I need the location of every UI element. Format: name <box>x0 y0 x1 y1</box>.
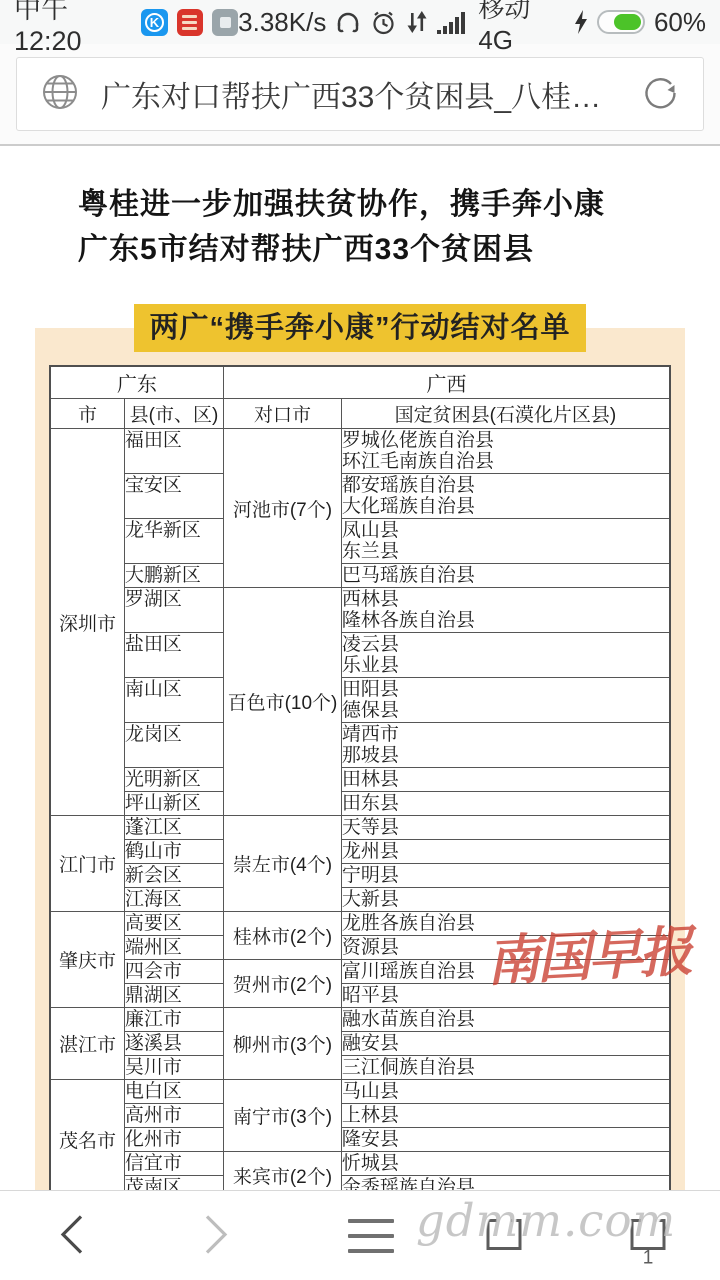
data-arrows-icon <box>406 9 428 35</box>
article-headline: 粤桂进一步加强扶贫协作，携手奔小康 广东5市结对帮扶广西33个贫困县 <box>78 182 660 272</box>
counties-cell: 马山县 <box>341 1080 670 1104</box>
partner-city-cell: 桂林市(2个) <box>224 912 342 960</box>
counties-cell: 西林县隆林各族自治县 <box>341 588 670 633</box>
tabs-button[interactable]: 1 <box>628 1216 668 1255</box>
county-line: 富川瑶族自治县 <box>342 961 669 982</box>
table-row: 肇庆市高要区桂林市(2个)龙胜各族自治县 <box>50 912 670 936</box>
district-cell: 盐田区 <box>124 633 223 678</box>
county-line: 隆林各族自治县 <box>342 610 669 631</box>
table-row: 鹤山市龙州县 <box>50 840 670 864</box>
headline-line-2: 广东5市结对帮扶广西33个贫困县 <box>78 227 660 272</box>
partner-city-cell: 南宁市(3个) <box>224 1080 342 1152</box>
battery-icon <box>597 10 645 34</box>
county-line: 巴马瑶族自治县 <box>342 565 669 586</box>
partner-city-cell: 贺州市(2个) <box>224 960 342 1008</box>
county-line: 靖西市 <box>342 724 669 745</box>
counties-cell: 龙州县 <box>341 840 670 864</box>
table-row: 鼎湖区昭平县 <box>50 984 670 1008</box>
district-cell: 电白区 <box>124 1080 223 1104</box>
counties-cell: 靖西市那坡县 <box>341 723 670 768</box>
bottom-toolbar: 1 <box>0 1190 720 1280</box>
counties-cell: 昭平县 <box>341 984 670 1008</box>
county-line: 凤山县 <box>342 520 669 541</box>
menu-button[interactable] <box>348 1219 394 1253</box>
table-row: 湛江市廉江市柳州市(3个)融水苗族自治县 <box>50 1008 670 1032</box>
tab-count: 1 <box>628 1247 668 1269</box>
district-cell: 龙华新区 <box>124 519 223 564</box>
county-line: 凌云县 <box>342 634 669 655</box>
counties-cell: 天等县 <box>341 816 670 840</box>
district-cell: 新会区 <box>124 864 223 888</box>
table-row: 龙岗区靖西市那坡县 <box>50 723 670 768</box>
battery-fill <box>614 14 641 30</box>
header-district: 县(市、区) <box>124 399 223 429</box>
carrier-label: 移动 4G <box>478 0 564 56</box>
table-row: 江门市蓬江区崇左市(4个)天等县 <box>50 816 670 840</box>
pairing-table-body: 深圳市福田区河池市(7个)罗城仫佬族自治县环江毛南族自治县宝安区都安瑶族自治县大… <box>50 429 670 1201</box>
headline-line-1: 粤桂进一步加强扶贫协作，携手奔小康 <box>78 182 660 227</box>
district-cell: 鼎湖区 <box>124 984 223 1008</box>
table-row: 大鹏新区巴马瑶族自治县 <box>50 564 670 588</box>
url-bar[interactable]: 广东对口帮扶广西33个贫困县_八桂网-广... <box>16 57 704 131</box>
table-row: 深圳市福田区河池市(7个)罗城仫佬族自治县环江毛南族自治县 <box>50 429 670 474</box>
county-line: 大新县 <box>342 889 669 910</box>
refresh-icon[interactable] <box>641 73 679 116</box>
city-cell: 江门市 <box>50 816 124 912</box>
table-row: 吴川市三江侗族自治县 <box>50 1056 670 1080</box>
status-bar: 中午12:20 K 3.38K/s <box>0 0 720 44</box>
counties-cell: 富川瑶族自治县 <box>341 960 670 984</box>
district-cell: 宝安区 <box>124 474 223 519</box>
counties-cell: 龙胜各族自治县 <box>341 912 670 936</box>
back-button[interactable] <box>57 1212 87 1259</box>
table-row: 信宜市来宾市(2个)忻城县 <box>50 1152 670 1176</box>
table-row: 茂名市电白区南宁市(3个)马山县 <box>50 1080 670 1104</box>
table-row: 龙华新区凤山县东兰县 <box>50 519 670 564</box>
county-line: 都安瑶族自治县 <box>342 475 669 496</box>
city-cell: 肇庆市 <box>50 912 124 1008</box>
counties-cell: 田林县 <box>341 768 670 792</box>
district-cell: 吴川市 <box>124 1056 223 1080</box>
pairing-table: 广东 广西 市 县(市、区) 对口市 国定贫困县(石漠化片区县) 深圳市福田区河… <box>49 365 671 1201</box>
district-cell: 大鹏新区 <box>124 564 223 588</box>
district-cell: 高要区 <box>124 912 223 936</box>
city-cell: 茂名市 <box>50 1080 124 1201</box>
net-speed: 3.38K/s <box>238 7 326 38</box>
table-banner: 两广“携手奔小康”行动结对名单 <box>134 304 586 352</box>
counties-cell: 资源县 <box>341 936 670 960</box>
district-cell: 南山区 <box>124 678 223 723</box>
district-cell: 信宜市 <box>124 1152 223 1176</box>
phone-screen: 中午12:20 K 3.38K/s <box>0 0 720 1280</box>
county-line: 田阳县 <box>342 679 669 700</box>
back-icon <box>57 1244 87 1259</box>
headset-icon <box>335 9 361 35</box>
district-cell: 江海区 <box>124 888 223 912</box>
counties-cell: 宁明县 <box>341 864 670 888</box>
header-counties: 国定贫困县(石漠化片区县) <box>341 399 670 429</box>
city-cell: 湛江市 <box>50 1008 124 1080</box>
district-cell: 端州区 <box>124 936 223 960</box>
county-line: 天等县 <box>342 817 669 838</box>
partner-city-cell: 百色市(10个) <box>224 588 342 816</box>
county-line: 资源县 <box>342 937 669 958</box>
table-row: 宝安区都安瑶族自治县大化瑶族自治县 <box>50 474 670 519</box>
county-line: 大化瑶族自治县 <box>342 496 669 517</box>
menu-icon <box>348 1219 394 1253</box>
counties-cell: 凌云县乐业县 <box>341 633 670 678</box>
county-line: 宁明县 <box>342 865 669 886</box>
district-cell: 高州市 <box>124 1104 223 1128</box>
table-header-column-row: 市 县(市、区) 对口市 国定贫困县(石漠化片区县) <box>50 399 670 429</box>
page-title-url[interactable]: 广东对口帮扶广西33个贫困县_八桂网-广... <box>101 72 619 116</box>
table-row: 遂溪县融安县 <box>50 1032 670 1056</box>
district-cell: 罗湖区 <box>124 588 223 633</box>
header-city: 市 <box>50 399 124 429</box>
forward-icon <box>201 1244 231 1259</box>
pairing-card: 两广“携手奔小康”行动结对名单 广东 广西 市 县(市、区) 对口市 国定贫困县… <box>35 328 685 1223</box>
globe-icon <box>41 73 79 116</box>
county-line: 上林县 <box>342 1105 669 1126</box>
county-line: 昭平县 <box>342 985 669 1006</box>
table-header-region-row: 广东 广西 <box>50 366 670 399</box>
browser-chrome: 广东对口帮扶广西33个贫困县_八桂网-广... <box>0 44 720 146</box>
counties-cell: 三江侗族自治县 <box>341 1056 670 1080</box>
partner-city-cell: 崇左市(4个) <box>224 816 342 912</box>
flash-icon <box>574 9 588 35</box>
table-row: 盐田区凌云县乐业县 <box>50 633 670 678</box>
district-cell: 蓬江区 <box>124 816 223 840</box>
county-line: 田林县 <box>342 769 669 790</box>
county-line: 西林县 <box>342 589 669 610</box>
signal-icon <box>437 9 469 35</box>
district-cell: 光明新区 <box>124 768 223 792</box>
header-partner: 对口市 <box>224 399 342 429</box>
message-app-icon <box>212 9 238 36</box>
forward-button[interactable] <box>201 1212 231 1259</box>
table-row: 江海区大新县 <box>50 888 670 912</box>
table-row: 四会市贺州市(2个)富川瑶族自治县 <box>50 960 670 984</box>
partner-city-cell: 柳州市(3个) <box>224 1008 342 1080</box>
partner-city-cell: 河池市(7个) <box>224 429 342 588</box>
district-cell: 坪山新区 <box>124 792 223 816</box>
window-button[interactable] <box>484 1216 524 1255</box>
county-line: 隆安县 <box>342 1129 669 1150</box>
county-line: 融安县 <box>342 1033 669 1054</box>
tabs-icon: 1 <box>628 1240 668 1255</box>
table-row: 新会区宁明县 <box>50 864 670 888</box>
railway-app-icon <box>177 9 203 36</box>
county-line: 忻城县 <box>342 1153 669 1174</box>
county-line: 德保县 <box>342 700 669 721</box>
counties-cell: 巴马瑶族自治县 <box>341 564 670 588</box>
alarm-icon <box>370 9 397 36</box>
county-line: 融水苗族自治县 <box>342 1009 669 1030</box>
counties-cell: 田东县 <box>341 792 670 816</box>
counties-cell: 隆安县 <box>341 1128 670 1152</box>
table-row: 端州区资源县 <box>50 936 670 960</box>
county-line: 三江侗族自治县 <box>342 1057 669 1078</box>
county-line: 龙州县 <box>342 841 669 862</box>
district-cell: 四会市 <box>124 960 223 984</box>
district-cell: 化州市 <box>124 1128 223 1152</box>
county-line: 那坡县 <box>342 745 669 766</box>
battery-percent: 60% <box>654 7 706 38</box>
district-cell: 遂溪县 <box>124 1032 223 1056</box>
counties-cell: 罗城仫佬族自治县环江毛南族自治县 <box>341 429 670 474</box>
city-cell: 深圳市 <box>50 429 124 816</box>
k-app-icon: K <box>141 9 167 36</box>
clock-time: 中午12:20 <box>14 0 132 57</box>
table-row: 罗湖区百色市(10个)西林县隆林各族自治县 <box>50 588 670 633</box>
district-cell: 福田区 <box>124 429 223 474</box>
counties-cell: 融安县 <box>341 1032 670 1056</box>
table-row: 光明新区田林县 <box>50 768 670 792</box>
counties-cell: 上林县 <box>341 1104 670 1128</box>
district-cell: 鹤山市 <box>124 840 223 864</box>
county-line: 环江毛南族自治县 <box>342 451 669 472</box>
counties-cell: 凤山县东兰县 <box>341 519 670 564</box>
counties-cell: 忻城县 <box>341 1152 670 1176</box>
district-cell: 廉江市 <box>124 1008 223 1032</box>
county-line: 罗城仫佬族自治县 <box>342 430 669 451</box>
counties-cell: 大新县 <box>341 888 670 912</box>
table-row: 南山区田阳县德保县 <box>50 678 670 723</box>
window-icon <box>484 1240 524 1255</box>
district-cell: 龙岗区 <box>124 723 223 768</box>
county-line: 东兰县 <box>342 541 669 562</box>
table-row: 化州市隆安县 <box>50 1128 670 1152</box>
table-row: 坪山新区田东县 <box>50 792 670 816</box>
header-guangxi: 广西 <box>224 366 670 399</box>
county-line: 龙胜各族自治县 <box>342 913 669 934</box>
counties-cell: 融水苗族自治县 <box>341 1008 670 1032</box>
county-line: 乐业县 <box>342 655 669 676</box>
counties-cell: 田阳县德保县 <box>341 678 670 723</box>
county-line: 马山县 <box>342 1081 669 1102</box>
header-guangdong: 广东 <box>50 366 224 399</box>
table-row: 高州市上林县 <box>50 1104 670 1128</box>
counties-cell: 都安瑶族自治县大化瑶族自治县 <box>341 474 670 519</box>
county-line: 田东县 <box>342 793 669 814</box>
